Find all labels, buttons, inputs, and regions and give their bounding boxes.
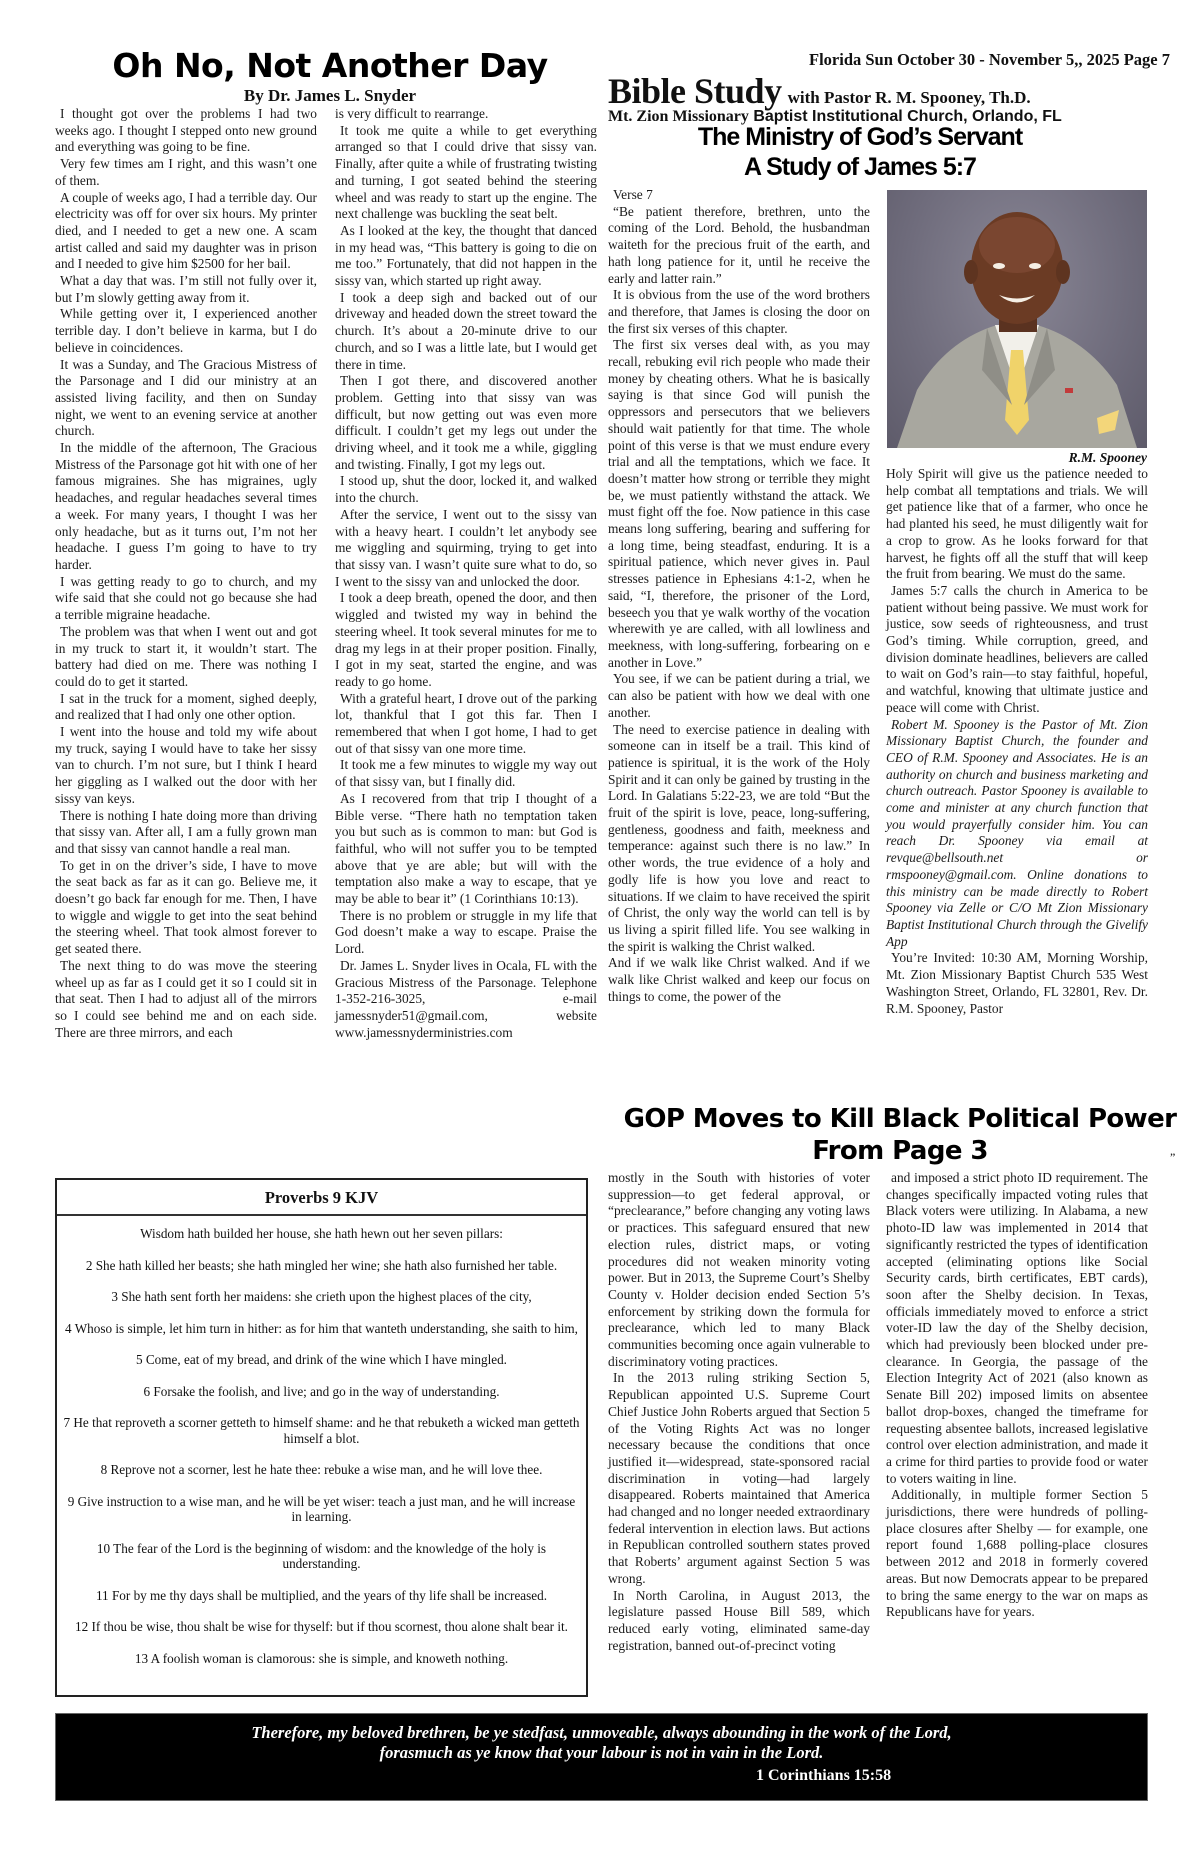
paragraph: I took a deep breath, opened the door, a… bbox=[335, 590, 597, 690]
newspaper-dateline: Florida Sun October 30 - November 5,, 20… bbox=[730, 50, 1170, 70]
banner-scripture-line-1: Therefore, my beloved brethren, be ye st… bbox=[56, 1723, 1147, 1743]
paragraph: I sat in the truck for a moment, sighed … bbox=[55, 691, 317, 724]
bible-study-masthead: Bible Studywith Pastor R. M. Spooney, Th… bbox=[608, 70, 1188, 112]
verse: 4 Whoso is simple, let him turn in hithe… bbox=[61, 1321, 582, 1337]
paragraph: In the 2013 ruling striking Section 5, R… bbox=[608, 1370, 870, 1587]
gop-article-column-1: mostly in the South with histories of vo… bbox=[608, 1170, 870, 1654]
verse: 3 She hath sent forth her maidens: she c… bbox=[61, 1289, 582, 1305]
bible-study-column-1: Verse 7 “Be patient therefore, brethren,… bbox=[608, 187, 870, 1005]
portrait-illustration bbox=[887, 190, 1147, 448]
proverbs-title: Proverbs 9 KJV bbox=[57, 1188, 586, 1208]
paragraph: The first six verses deal with, as you m… bbox=[608, 337, 870, 671]
paragraph: Holy Spirit will give us the patience ne… bbox=[886, 466, 1148, 583]
snyder-article-column-2: is very difficult to rearrange. It took … bbox=[335, 106, 597, 1041]
verse-label: Verse 7 bbox=[608, 187, 870, 204]
paragraph: There is no problem or struggle in my li… bbox=[335, 908, 597, 958]
paragraph: Very few times am I right, and this wasn… bbox=[55, 156, 317, 189]
paragraph: I took a deep sigh and backed out of our… bbox=[335, 290, 597, 374]
verse: 8 Reprove not a scorner, lest he hate th… bbox=[61, 1462, 582, 1478]
gop-article-title: GOP Moves to Kill Black Political Power bbox=[600, 1104, 1200, 1134]
paragraph: While getting over it, I experienced ano… bbox=[55, 306, 317, 356]
verse: 6 Forsake the foolish, and live; and go … bbox=[61, 1384, 582, 1400]
pastor-portrait-photo bbox=[887, 190, 1147, 448]
paragraph: With a grateful heart, I drove out of th… bbox=[335, 691, 597, 758]
paragraph: In North Carolina, in August 2013, the l… bbox=[608, 1588, 870, 1655]
proverbs-divider bbox=[57, 1214, 586, 1216]
verse: 2 She hath killed her beasts; she hath m… bbox=[61, 1258, 582, 1274]
paragraph: I stood up, shut the door, locked it, an… bbox=[335, 473, 597, 506]
paragraph: To get in on the driver’s side, I have t… bbox=[55, 858, 317, 958]
verse: 9 Give instruction to a wise man, and he… bbox=[61, 1494, 582, 1525]
paragraph: It took me quite a while to get everythi… bbox=[335, 123, 597, 223]
verse: 11 For by me thy days shall be multiplie… bbox=[61, 1588, 582, 1604]
banner-scripture-reference: 1 Corinthians 15:58 bbox=[756, 1767, 891, 1785]
verse: Wisdom hath builded her house, she hath … bbox=[61, 1226, 582, 1242]
pastor-bio: Robert M. Spooney is the Pastor of Mt. Z… bbox=[886, 717, 1148, 951]
paragraph: It is obvious from the use of the word b… bbox=[608, 287, 870, 337]
author-bio: Dr. James L. Snyder lives in Ocala, FL w… bbox=[335, 958, 597, 1042]
snyder-article-byline: By Dr. James L. Snyder bbox=[60, 86, 600, 106]
snyder-article-column-1: I thought got over the problems I had tw… bbox=[55, 106, 317, 1041]
paragraph: James 5:7 calls the church in America to… bbox=[886, 583, 1148, 717]
paragraph: A couple of weeks ago, I had a terrible … bbox=[55, 190, 317, 274]
paragraph: What a day that was. I’m still not fully… bbox=[55, 273, 317, 306]
photo-caption: R.M. Spooney bbox=[887, 450, 1147, 466]
paragraph: The need to exercise patience in dealing… bbox=[608, 722, 870, 956]
verse: 7 He that reproveth a scorner getteth to… bbox=[61, 1415, 582, 1446]
paragraph: After the service, I went out to the sis… bbox=[335, 507, 597, 591]
proverbs-verse-list: Wisdom hath builded her house, she hath … bbox=[61, 1226, 582, 1682]
paragraph: As I looked at the key, the thought that… bbox=[335, 223, 597, 290]
paragraph: Additionally, in multiple former Section… bbox=[886, 1487, 1148, 1621]
paragraph: I thought got over the problems I had tw… bbox=[55, 106, 317, 156]
study-subtitle: A Study of James 5:7 bbox=[650, 153, 1070, 182]
paragraph: As I recovered from that trip I thought … bbox=[335, 791, 597, 908]
study-title: The Ministry of God’s Servant bbox=[650, 123, 1070, 152]
paragraph: In the middle of the afternoon, The Grac… bbox=[55, 440, 317, 574]
paragraph: It took me a few minutes to wiggle my wa… bbox=[335, 757, 597, 790]
paragraph: And if we walk like Christ walked. And i… bbox=[608, 955, 870, 1005]
paragraph: I went into the house and told my wife a… bbox=[55, 724, 317, 808]
bible-study-pastor-line: with Pastor R. M. Spooney, Th.D. bbox=[788, 88, 1031, 107]
verse: 13 A foolish woman is clamorous: she is … bbox=[61, 1651, 582, 1667]
paragraph: is very difficult to rearrange. bbox=[335, 106, 597, 123]
verse: 10 The fear of the Lord is the beginning… bbox=[61, 1541, 582, 1572]
scripture-quote: “Be patient therefore, brethren, unto th… bbox=[608, 204, 870, 288]
paragraph: I was getting ready to go to church, and… bbox=[55, 574, 317, 624]
stray-quote-mark: ” bbox=[1170, 1150, 1175, 1165]
paragraph: The next thing to do was move the steeri… bbox=[55, 958, 317, 1042]
gop-article-continuation: From Page 3 bbox=[600, 1136, 1200, 1166]
bible-study-column-2: Holy Spirit will give us the patience ne… bbox=[886, 466, 1148, 1017]
verse: 12 If thou be wise, thou shalt be wise f… bbox=[61, 1619, 582, 1635]
gop-article-column-2: and imposed a strict photo ID requiremen… bbox=[886, 1170, 1148, 1621]
paragraph: Then I got there, and discovered another… bbox=[335, 373, 597, 473]
paragraph: The problem was that when I went out and… bbox=[55, 624, 317, 691]
paragraph: There is nothing I hate doing more than … bbox=[55, 808, 317, 858]
service-invitation: You’re Invited: 10:30 AM, Morning Worshi… bbox=[886, 950, 1148, 1017]
proverbs-box: Proverbs 9 KJV Wisdom hath builded her h… bbox=[55, 1178, 588, 1697]
paragraph: mostly in the South with histories of vo… bbox=[608, 1170, 870, 1370]
paragraph: You see, if we can be patient during a t… bbox=[608, 671, 870, 721]
paragraph: It was a Sunday, and The Gracious Mistre… bbox=[55, 357, 317, 441]
snyder-article-title: Oh No, Not Another Day bbox=[60, 46, 600, 85]
bible-study-title: Bible Study bbox=[608, 71, 782, 111]
scripture-footer-banner: Therefore, my beloved brethren, be ye st… bbox=[55, 1713, 1148, 1801]
verse: 5 Come, eat of my bread, and drink of th… bbox=[61, 1352, 582, 1368]
banner-scripture-line-2: forasmuch as ye know that your labour is… bbox=[56, 1743, 1147, 1763]
paragraph: and imposed a strict photo ID requiremen… bbox=[886, 1170, 1148, 1487]
